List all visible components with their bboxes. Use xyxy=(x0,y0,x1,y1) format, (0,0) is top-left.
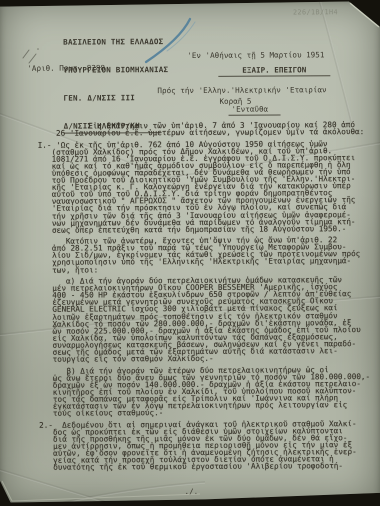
dateline: 'Εν 'Αθήναις τῇ 5 Μαρτίου 1951 xyxy=(187,50,324,60)
protocol-number: 'Αριθ. Πρωτ. 8288. xyxy=(27,63,109,72)
reference-number: 226/1Β/1Η4 xyxy=(293,8,338,16)
continuation-mark: ./. xyxy=(184,487,198,496)
body-line: σεως ὅπερ ἐπετεύχθη κατά τήν δημοπρασίαν… xyxy=(38,225,369,234)
letterhead-general-directorate: ΓΕΝ. Δ/ΝΣΙΣ III xyxy=(63,93,168,103)
body-line: 26 'Ιανουαρίου ἐ.ἔ. ὑμετέρων αἰτήσεων, γ… xyxy=(38,128,369,137)
paper-sheet: 226/1Β/1Η4 ΒΑΣΙΛΕΙΟΝ ΤΗΣ ΕΛΛΑΔΟΣ ΥΠΟΥΡΓΕ… xyxy=(0,0,380,506)
urgency-label: ΕΞΑΙΡ. ΕΠΕΙΓΟΝ xyxy=(218,65,330,77)
scanned-letter-page: 226/1Β/1Η4 ΒΑΣΙΛΕΙΟΝ ΤΗΣ ΕΛΛΑΔΟΣ ΥΠΟΥΡΓΕ… xyxy=(0,0,380,506)
letterhead-country: ΒΑΣΙΛΕΙΟΝ ΤΗΣ ΕΛΛΑΔΟΣ xyxy=(63,37,168,47)
recipient-line: Πρός τήν 'Ελλην.'Ηλεκτρικήν 'Εταιρίαν xyxy=(157,85,326,95)
letter-body: Εἰς ἀπάντησιν τῶν ὑπ'ἀριθ. 7 ἀπό 3 'Ιανο… xyxy=(38,121,371,471)
body-line: δυνατότης τῆς ἐκ τοῦ θερμικοῦ ἐργοστασίο… xyxy=(39,462,370,471)
typewritten-content: 226/1Β/1Η4 ΒΑΣΙΛΕΙΟΝ ΤΗΣ ΕΛΛΑΔΟΣ ΥΠΟΥΡΓΕ… xyxy=(0,0,380,506)
recipient-city: 'Ενταῦθα xyxy=(228,105,280,116)
